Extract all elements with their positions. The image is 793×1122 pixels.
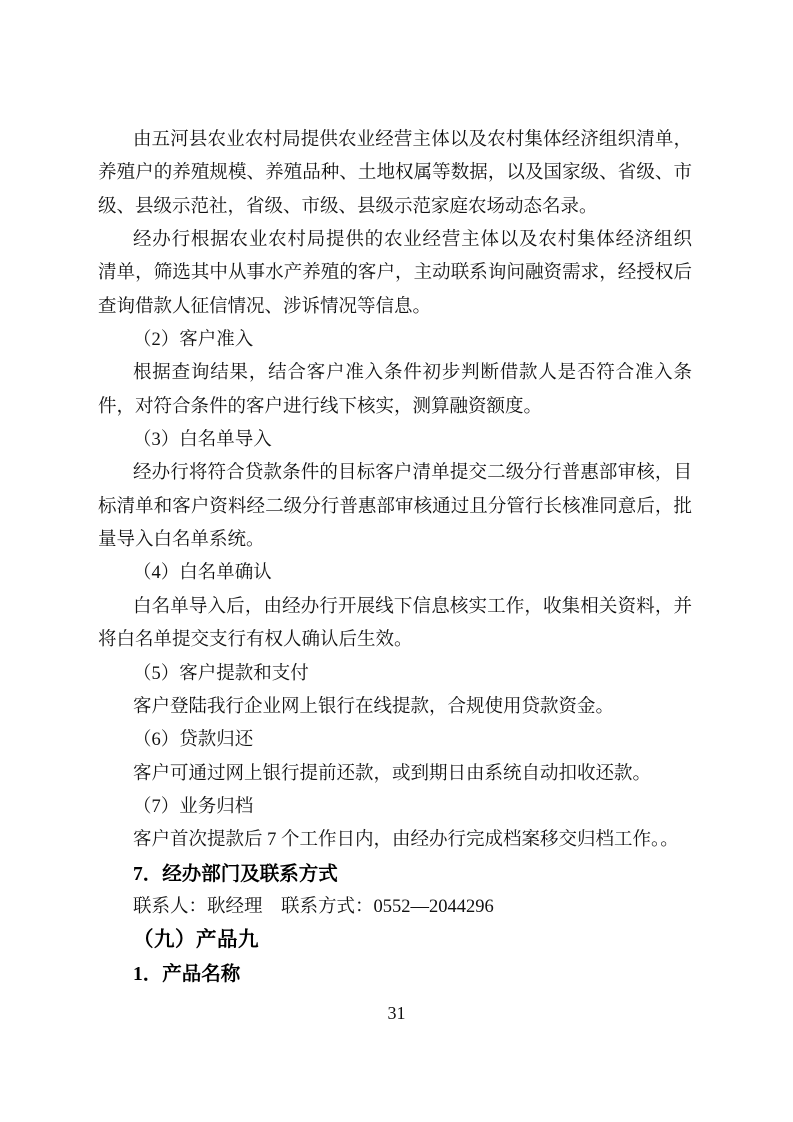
text-line: 由五河县农业农村局提供农业经营主体以及农村集体经济组织清单， [98,124,692,157]
text-line: 查询借款人征信情况、涉诉情况等信息。 [98,291,692,324]
text-line: （九）产品九 [98,924,692,957]
text-line: 白名单导入后，由经办行开展线下信息核实工作，收集相关资料，并 [98,591,692,624]
document-page: 由五河县农业农村局提供农业经营主体以及农村集体经济组织清单，养殖户的养殖规模、养… [0,0,793,1122]
text-line: 客户登陆我行企业网上银行在线提款，合规使用贷款资金。 [98,691,692,724]
text-line: 客户可通过网上银行提前还款，或到期日由系统自动扣收还款。 [98,758,692,791]
text-line: 养殖户的养殖规模、养殖品种、土地权属等数据，以及国家级、省级、市 [98,157,692,190]
text-line: 件，对符合条件的客户进行线下核实，测算融资额度。 [98,391,692,424]
text-line: （6）贷款归还 [98,724,692,757]
text-line: （3）白名单导入 [98,424,692,457]
text-line: 级、县级示范社，省级、市级、县级示范家庭农场动态名录。 [98,191,692,224]
text-line: 联系人：耿经理 联系方式：0552—2044296 [98,891,692,924]
text-line: 清单，筛选其中从事水产养殖的客户，主动联系询问融资需求，经授权后 [98,257,692,290]
text-line: 标清单和客户资料经二级分行普惠部审核通过且分管行长核准同意后，批 [98,491,692,524]
text-line: 经办行将符合贷款条件的目标客户清单提交二级分行普惠部审核，目 [98,457,692,490]
text-line: 根据查询结果，结合客户准入条件初步判断借款人是否符合准入条 [98,357,692,390]
text-line: 将白名单提交支行有权人确认后生效。 [98,624,692,657]
text-line: （2）客户准入 [98,324,692,357]
text-line: （5）客户提款和支付 [98,658,692,691]
text-line: 1．产品名称 [98,958,692,991]
text-line: （4）白名单确认 [98,557,692,590]
text-line: 经办行根据农业农村局提供的农业经营主体以及农村集体经济组织 [98,224,692,257]
text-line: （7）业务归档 [98,791,692,824]
page-number: 31 [0,1003,793,1024]
document-body: 由五河县农业农村局提供农业经营主体以及农村集体经济组织清单，养殖户的养殖规模、养… [98,124,692,991]
text-line: 7．经办部门及联系方式 [98,858,692,891]
text-line: 客户首次提款后 7 个工作日内，由经办行完成档案移交归档工作。。 [98,824,692,857]
text-line: 量导入白名单系统。 [98,524,692,557]
